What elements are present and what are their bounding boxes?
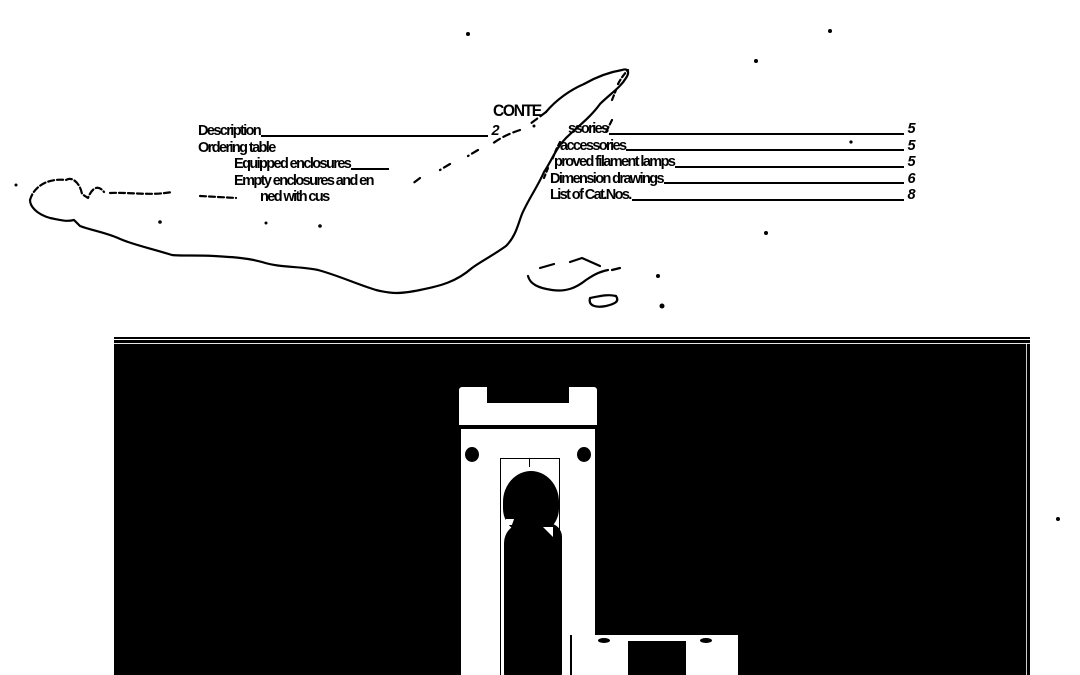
enclosure-image <box>459 387 597 675</box>
toc-entry-cat-nos[interactable]: List of Cat.Nos. 8 <box>550 187 914 204</box>
toc-leader-line <box>675 166 904 168</box>
toc-entry-label: Empty enclosures and en <box>234 173 373 190</box>
contents-heading: CONTE <box>493 102 541 119</box>
toc-entry-label: Dimension drawings <box>550 171 663 188</box>
toc-entry-label: proved filament lamps <box>554 154 674 171</box>
toc-entry-label: List of Cat.Nos. <box>550 187 631 204</box>
enclosure-window <box>500 458 560 675</box>
enclosure-notch <box>487 387 569 403</box>
window-tick <box>529 459 530 467</box>
toc-entry-dimension-drawings[interactable]: Dimension drawings 6 <box>550 171 914 188</box>
photo-frame-top <box>114 343 1030 344</box>
toc-entry-label: Description <box>198 123 260 140</box>
toc-entry-ordering-table[interactable]: Ordering table <box>198 140 498 157</box>
product-photo <box>114 337 1030 675</box>
toc-entry-label: ssories <box>568 121 608 138</box>
enclosure-cap <box>459 387 597 425</box>
toc-entry-filament-lamps[interactable]: proved filament lamps 5 <box>550 154 914 171</box>
toc-leader-line <box>351 168 389 170</box>
toc-entry-custom[interactable]: ned with cus <box>198 189 498 206</box>
toc-entry-page: 5 <box>904 154 914 171</box>
photo-frame-right <box>1026 343 1027 675</box>
base-box-image <box>570 635 738 675</box>
toc-entry-page: 2 <box>488 123 498 140</box>
toc-entry-page: 5 <box>904 138 914 155</box>
toc-left-column: Description 2 Ordering table Equipped en… <box>198 123 498 206</box>
screw-icon <box>598 638 610 643</box>
toc-leader-line <box>632 199 904 201</box>
toc-entry-label: Ordering table <box>198 140 275 157</box>
toc-entry-equipped-enclosures[interactable]: Equipped enclosures <box>198 156 498 173</box>
toc-entry-empty-enclosures[interactable]: Empty enclosures and en <box>198 173 498 190</box>
toc-entry-label: Equipped enclosures <box>234 156 350 173</box>
toc-entry-label: ned with cus <box>260 189 329 206</box>
screw-icon <box>700 638 712 643</box>
toc-entry-other-accessories[interactable]: accessories 5 <box>550 138 914 155</box>
toc-leader-line <box>626 149 904 151</box>
toc-entry-description[interactable]: Description 2 <box>198 123 498 140</box>
toc-entry-page: 5 <box>904 121 914 138</box>
base-box-opening <box>628 641 686 675</box>
toc-entry-page: 6 <box>904 171 914 188</box>
toc-entry-page: 8 <box>904 187 914 204</box>
lamp-body <box>504 523 562 675</box>
toc-leader-line <box>609 133 904 135</box>
toc-leader-line <box>261 135 488 137</box>
toc-leader-line <box>664 182 904 184</box>
screw-icon <box>465 447 479 462</box>
toc-entry-accessories[interactable]: ssories 5 <box>550 121 914 138</box>
toc-entry-label: accessories <box>560 138 625 155</box>
screw-icon <box>577 447 591 462</box>
toc-right-column: ssories 5 accessories 5 proved filament … <box>550 121 914 204</box>
